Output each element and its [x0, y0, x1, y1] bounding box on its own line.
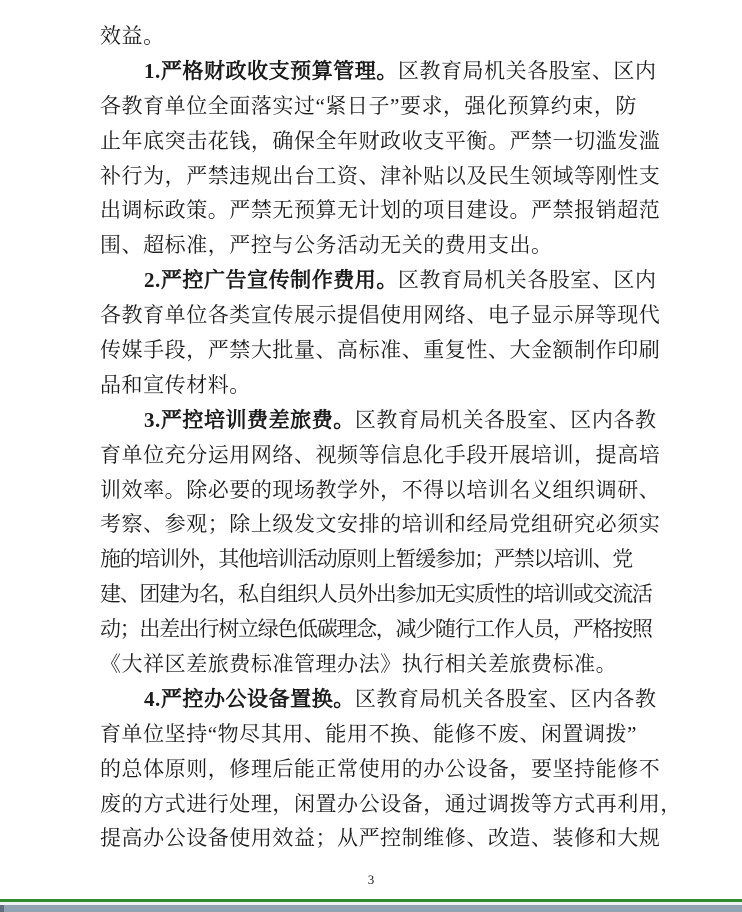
text-line: 考察、参观；除上级发文安排的培训和经局党组研究必须实: [100, 507, 652, 542]
window-edge-strip: [0, 905, 742, 912]
text-line: 围、超标准，严控与公务活动无关的费用支出。: [100, 228, 652, 263]
paragraph-text: 区教育局机关各股室、区内各教: [355, 408, 657, 432]
text-line: 效益。: [100, 19, 652, 54]
paragraph-text: 出调标政策。严禁无预算无计划的项目建设。严禁报销超范: [100, 198, 660, 222]
text-line: 训效率。除必要的现场教学外，不得以培训名义组织调研、: [100, 473, 652, 508]
text-line: 建、团建为名，私自组织人员外出参加无实质性的培训或交流活: [100, 577, 652, 612]
document-text-block: 效益。1.严格财政收支预算管理。区教育局机关各股室、区内各教育单位全面落实过“紧…: [100, 19, 652, 856]
paragraph-text: 提高办公设备使用效益；从严控制维修、改造、装修和大规: [100, 826, 660, 850]
text-line: 废的方式进行处理，闲置办公设备，通过调拨等方式再利用，: [100, 787, 652, 822]
paragraph-text: 效益。: [100, 24, 165, 48]
document-page: 效益。1.严格财政收支预算管理。区教育局机关各股室、区内各教育单位全面落实过“紧…: [0, 0, 742, 912]
text-line: 补行为，严禁违规出台工资、津补贴以及民生领域等刚性支: [100, 159, 652, 194]
page-number: 3: [0, 872, 742, 888]
paragraph-heading: 2.严控广告宣传制作费用。: [144, 268, 398, 292]
paragraph-text: 各教育单位各类宣传展示提倡使用网络、电子显示屏等现代: [100, 303, 660, 327]
paragraph-text: 区教育局机关各股室、区内: [398, 59, 657, 83]
paragraph-text: 建、团建为名，私自组织人员外出参加无实质性的培训或交流活: [100, 582, 652, 606]
paragraph-text: 废的方式进行处理，闲置办公设备，通过调拨等方式再利用，: [100, 792, 682, 816]
text-line: 提高办公设备使用效益；从严控制维修、改造、装修和大规: [100, 821, 652, 856]
text-line: 1.严格财政收支预算管理。区教育局机关各股室、区内: [100, 54, 652, 89]
paragraph-heading: 4.严控办公设备置换。: [144, 687, 355, 711]
text-line: 《大祥区差旅费标准管理办法》执行相关差旅费标准。: [100, 647, 652, 682]
paragraph-text: 《大祥区差旅费标准管理办法》执行相关差旅费标准。: [100, 652, 617, 676]
text-line: 育单位充分运用网络、视频等信息化手段开展培训，提高培: [100, 438, 652, 473]
text-line: 传媒手段，严禁大批量、高标准、重复性、大金额制作印刷: [100, 333, 652, 368]
text-line: 育单位坚持“物尽其用、能用不换、能修不废、闲置调拨”: [100, 717, 652, 752]
text-line: 各教育单位全面落实过“紧日子”要求，强化预算约束，防: [100, 89, 652, 124]
paragraph-text: 补行为，严禁违规出台工资、津补贴以及民生领域等刚性支: [100, 164, 660, 188]
paragraph-heading: 3.严控培训费差旅费。: [144, 408, 355, 432]
text-line: 4.严控办公设备置换。区教育局机关各股室、区内各教: [100, 682, 652, 717]
paragraph-text: 传媒手段，严禁大批量、高标准、重复性、大金额制作印刷: [100, 338, 660, 362]
text-line: 3.严控培训费差旅费。区教育局机关各股室、区内各教: [100, 403, 652, 438]
paragraph-text: 各教育单位全面落实过“紧日子”要求，强化预算约束，防: [100, 94, 637, 118]
paragraph-text: 区教育局机关各股室、区内: [398, 268, 657, 292]
paragraph-text: 止年底突击花钱，确保全年财政收支平衡。严禁一切滥发滥: [100, 129, 660, 153]
paragraph-text: 围、超标准，严控与公务活动无关的费用支出。: [100, 233, 553, 257]
paragraph-text: 训效率。除必要的现场教学外，不得以培训名义组织调研、: [100, 478, 660, 502]
paragraph-text: 动；出差出行树立绿色低碳理念，减少随行工作人员，严格按照: [100, 617, 652, 641]
paragraph-text: 品和宣传材料。: [100, 373, 251, 397]
text-line: 2.严控广告宣传制作费用。区教育局机关各股室、区内: [100, 263, 652, 298]
paragraph-text: 的总体原则，修理后能正常使用的办公设备，要坚持能修不: [100, 757, 660, 781]
text-line: 止年底突击花钱，确保全年财政收支平衡。严禁一切滥发滥: [100, 124, 652, 159]
text-line: 出调标政策。严禁无预算无计划的项目建设。严禁报销超范: [100, 193, 652, 228]
paragraph-text: 育单位充分运用网络、视频等信息化手段开展培训，提高培: [100, 443, 660, 467]
text-line: 各教育单位各类宣传展示提倡使用网络、电子显示屏等现代: [100, 298, 652, 333]
paragraph-text: 考察、参观；除上级发文安排的培训和经局党组研究必须实: [100, 512, 660, 536]
text-line: 动；出差出行树立绿色低碳理念，减少随行工作人员，严格按照: [100, 612, 652, 647]
text-line: 的总体原则，修理后能正常使用的办公设备，要坚持能修不: [100, 752, 652, 787]
text-line: 品和宣传材料。: [100, 368, 652, 403]
paragraph-text: 育单位坚持“物尽其用、能用不换、能修不废、闲置调拨”: [100, 722, 637, 746]
window-edge-notch: [0, 905, 4, 912]
paragraph-text: 区教育局机关各股室、区内各教: [355, 687, 657, 711]
text-line: 施的培训外，其他培训活动原则上暂缓参加；严禁以培训、党: [100, 542, 652, 577]
paragraph-text: 施的培训外，其他培训活动原则上暂缓参加；严禁以培训、党: [100, 547, 632, 571]
paragraph-heading: 1.严格财政收支预算管理。: [144, 59, 398, 83]
